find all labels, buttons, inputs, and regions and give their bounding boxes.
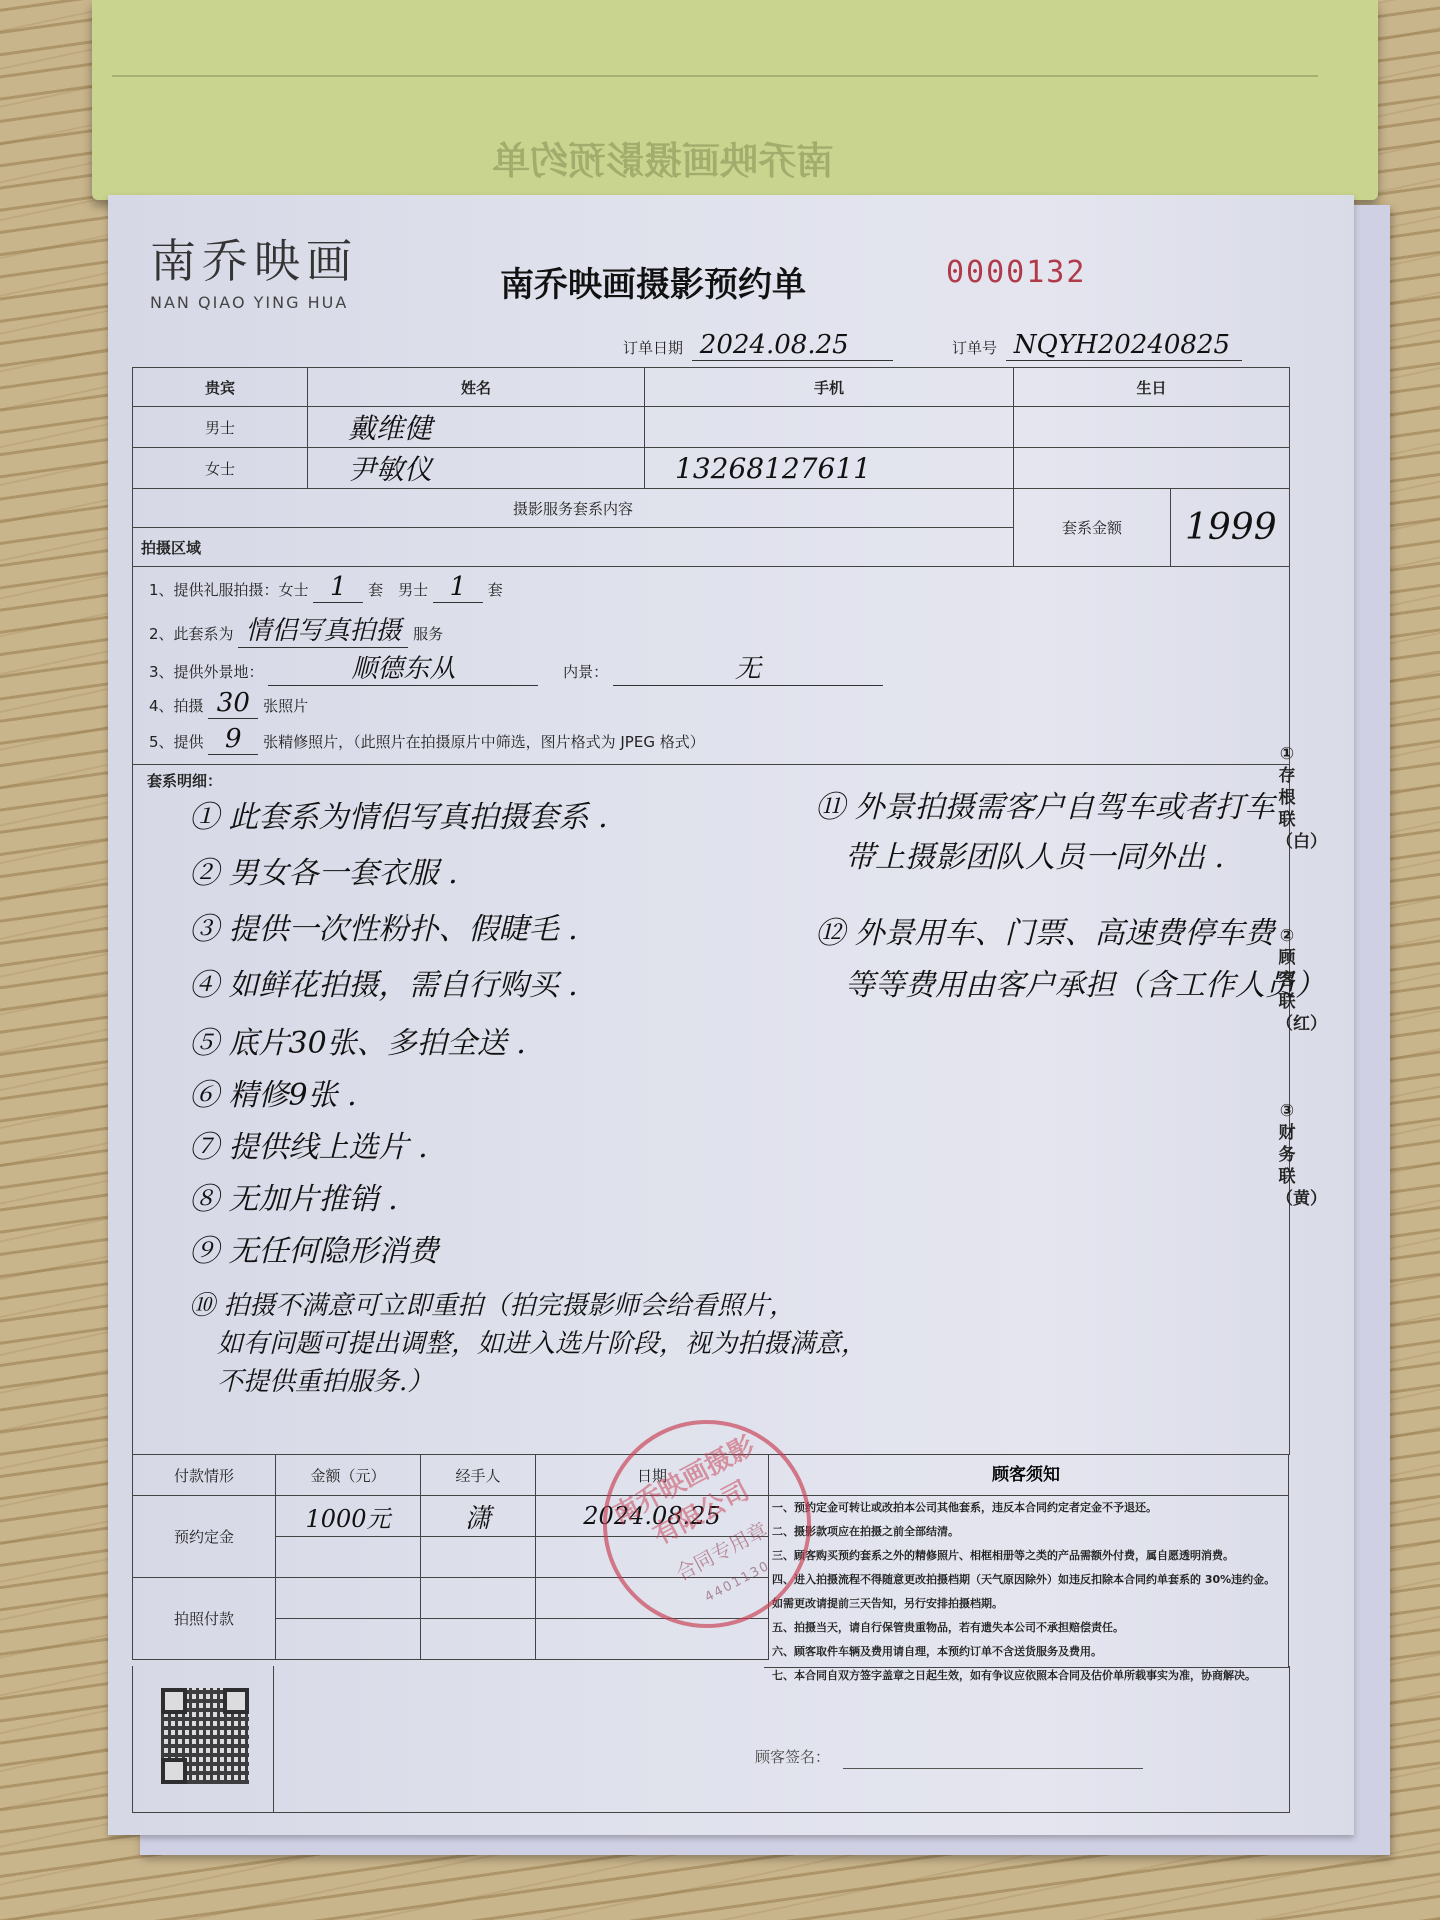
qr-code-icon[interactable] — [161, 1688, 249, 1784]
underlying-yellow-copy: 南乔映画摄影预约单 — [92, 0, 1378, 200]
deposit-label: 预约定金 — [133, 1496, 276, 1578]
note-3: ③ 提供一次性粉扑、假睫毛 . — [189, 908, 578, 952]
logo-chinese: 南乔映画 — [150, 225, 358, 291]
female-phone: 13268127611 — [645, 448, 1014, 489]
col-guest: 贵宾 — [133, 368, 308, 407]
item-2: 2、此套系为 情侣写真拍摄 服务 — [149, 610, 443, 648]
copy-finance-yellow: ③财务联（黄） — [1276, 1100, 1298, 1210]
service-content-label: 摄影服务套系内容 — [133, 489, 1014, 528]
note-4: ④ 如鲜花拍摄，需自行购买 . — [189, 964, 578, 1008]
package-type: 情侣写真拍摄 — [238, 610, 408, 648]
table-row: 女士 尹敏仪 13268127611 — [133, 448, 1290, 489]
item-3-label: 3、提供外景地： — [149, 663, 264, 681]
male-sets: 1 — [433, 572, 483, 603]
note-2: ② 男女各一套衣服 . — [189, 852, 458, 896]
note-7: ⑦ 提供线上选片 . — [189, 1126, 428, 1170]
col-payment-type: 付款情形 — [133, 1455, 276, 1496]
item-1: 1、提供礼服拍摄：女士 1 套 男士 1 套 — [149, 572, 503, 603]
guest-table-header: 贵宾 姓名 手机 生日 — [133, 368, 1290, 407]
item-1-label: 1、提供礼服拍摄：女士 — [149, 581, 309, 599]
item-2-label: 2、此套系为 — [149, 625, 234, 643]
ghost-table-lines — [112, 0, 1318, 77]
ghost-title: 南乔映画摄影预约单 — [492, 130, 834, 185]
retouched-count: 9 — [208, 724, 258, 755]
logo-english: NAN QIAO YING HUA — [150, 293, 358, 312]
female-sets: 1 — [313, 572, 363, 603]
form-title: 南乔映画摄影预约单 — [500, 257, 806, 306]
item-1-mid: 套 男士 — [368, 581, 428, 599]
brand-logo: 南乔映画 NAN QIAO YING HUA — [150, 225, 358, 312]
female-name: 尹敏仪 — [308, 448, 645, 489]
notice-line-1: 一、预约定金可转让或改拍本公司其他套系，违反本合同约定者定金不予退还。 — [764, 1496, 1288, 1520]
qr-finder — [161, 1688, 187, 1714]
qr-finder — [223, 1688, 249, 1714]
item-4-label: 4、拍摄 — [149, 697, 204, 715]
guest-table: 贵宾 姓名 手机 生日 男士 戴维健 女士 尹敏仪 13268127611 摄影… — [132, 367, 1290, 567]
col-name: 姓名 — [308, 368, 645, 407]
outdoor-location: 顺德东从 — [268, 648, 538, 686]
booking-form: 南乔映画 NAN QIAO YING HUA 南乔映画摄影预约单 0000132… — [108, 195, 1354, 1835]
order-number: 订单号 NQYH20240825 — [952, 330, 1242, 361]
note-5: ⑤ 底片30张、多拍全送 . — [189, 1022, 526, 1066]
order-date: 订单日期 2024.08.25 — [623, 330, 893, 361]
note-9: ⑨ 无任何隐形消费 — [189, 1230, 439, 1274]
note-10-cont-2: 不提供重拍服务.） — [217, 1360, 433, 1404]
package-items: 1、提供礼服拍摄：女士 1 套 男士 1 套 2、此套系为 情侣写真拍摄 服务 … — [132, 552, 1290, 765]
signature-area: 顾客签名： — [132, 1666, 1290, 1813]
order-date-value: 2024.08.25 — [692, 330, 893, 361]
package-details: 套系明细： ① 此套系为情侣写真拍摄套系 . ② 男女各一套衣服 . ③ 提供一… — [132, 764, 1290, 1455]
customer-notice: 顾客须知 一、预约定金可转让或改拍本公司其他套系，违反本合同约定者定金不予退还。… — [764, 1454, 1289, 1668]
notice-line-4-cont: 如需更改请提前三天告知，另行安排拍摄档期。 — [764, 1592, 1288, 1616]
note-11-cont: 带上摄影团队人员一同外出 . — [845, 836, 1224, 880]
signature-line[interactable] — [843, 1768, 1143, 1769]
deposit-handler: 潇 — [421, 1496, 536, 1537]
item-2-suffix: 服务 — [413, 625, 443, 643]
item-5: 5、提供 9 张精修照片，（此照片在拍摄原片中筛选，图片格式为 JPEG 格式） — [149, 724, 705, 755]
col-amount: 金额（元） — [276, 1455, 421, 1496]
note-12: ⑫ 外景用车、门票、高速费停车费 — [815, 912, 1275, 956]
note-11: ⑪ 外景拍摄需客户自驾车或者打车 — [815, 786, 1275, 830]
col-handler: 经手人 — [421, 1455, 536, 1496]
photo-count: 30 — [208, 688, 258, 719]
notice-line-2: 二、摄影款项应在拍摄之前全部结清。 — [764, 1520, 1288, 1544]
note-1: ① 此套系为情侣写真拍摄套系 . — [189, 796, 608, 840]
col-birthday: 生日 — [1014, 368, 1290, 407]
order-date-label: 订单日期 — [623, 339, 683, 357]
note-8: ⑧ 无加片推销 . — [189, 1178, 398, 1222]
male-name: 戴维健 — [308, 407, 645, 448]
row-label-female: 女士 — [133, 448, 308, 489]
item-5-suffix: 张精修照片，（此照片在拍摄原片中筛选，图片格式为 JPEG 格式） — [263, 733, 705, 751]
row-label-male: 男士 — [133, 407, 308, 448]
male-phone — [645, 407, 1014, 448]
indoor-label: 内景： — [563, 663, 608, 681]
notice-title: 顾客须知 — [764, 1455, 1288, 1496]
serial-number: 0000132 — [946, 255, 1086, 290]
table-row: 摄影服务套系内容 套系金额 1999 — [133, 489, 1290, 528]
table-row: 男士 戴维健 — [133, 407, 1290, 448]
item-5-label: 5、提供 — [149, 733, 204, 751]
details-label: 套系明细： — [147, 770, 222, 791]
note-6: ⑥ 精修9张 . — [189, 1074, 357, 1118]
indoor-location: 无 — [613, 648, 883, 686]
copy-stub-white: ①存根联（白） — [1276, 743, 1298, 853]
order-number-value: NQYH20240825 — [1006, 330, 1242, 361]
copy-customer-red: ②顾客联（红） — [1276, 925, 1298, 1035]
notice-line-3: 三、顾客购买预约套系之外的精修照片、相框相册等之类的产品需额外付费，属自愿透明消… — [764, 1544, 1288, 1568]
photo-payment-label: 拍照付款 — [133, 1578, 276, 1660]
notice-line-5: 五、拍摄当天，请自行保管贵重物品，若有遗失本公司不承担赔偿责任。 — [764, 1616, 1288, 1640]
qr-finder — [161, 1758, 187, 1784]
item-3: 3、提供外景地： 顺德东从 内景： 无 — [149, 648, 883, 686]
qr-cell — [133, 1666, 274, 1812]
deposit-amount: 1000元 — [276, 1496, 421, 1537]
col-phone: 手机 — [645, 368, 1014, 407]
notice-line-4: 四、进入拍摄流程不得随意更改拍摄档期（天气原因除外）如违反扣除本合同约单套系的 … — [764, 1568, 1288, 1592]
signature-label: 顾客签名： — [755, 1746, 830, 1767]
female-birthday — [1014, 448, 1290, 489]
item-4: 4、拍摄 30 张照片 — [149, 688, 308, 719]
item-1-suffix: 套 — [488, 581, 503, 599]
male-birthday — [1014, 407, 1290, 448]
note-12-cont: 等等费用由客户承担（含工作人员） — [845, 964, 1325, 1008]
order-number-label: 订单号 — [952, 339, 997, 357]
item-4-suffix: 张照片 — [263, 697, 308, 715]
notice-line-6: 六、顾客取件车辆及费用请自理，本预约订单不含送货服务及费用。 — [764, 1640, 1288, 1664]
